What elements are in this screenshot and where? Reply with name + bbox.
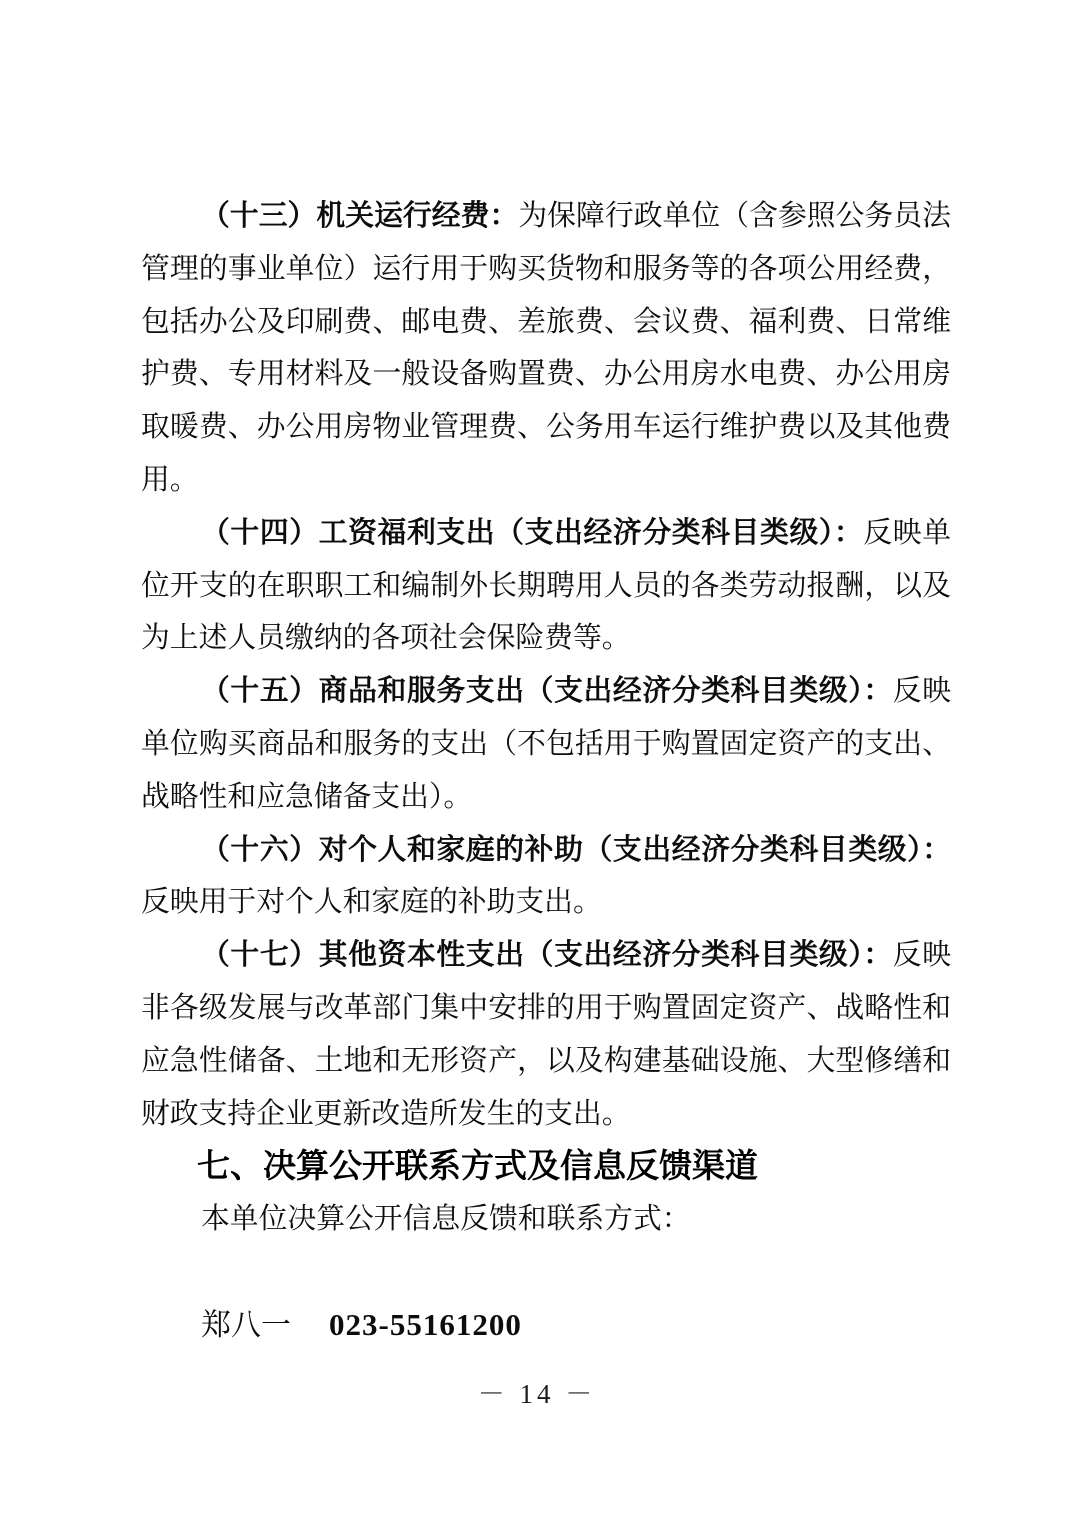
definition-paragraph: （十七）其他资本性支出（支出经济分类科目类级）：反映非各级发展与改革部门集中安排… [141, 929, 951, 1140]
paragraph-lead: （十六）对个人和家庭的补助（支出经济分类科目类级）： [201, 834, 951, 866]
page-content: （十三）机关运行经费：为保障行政单位（含参照公务员法管理的事业单位）运行用于购买… [141, 190, 951, 1353]
paragraph-lead: （十三）机关运行经费： [201, 200, 518, 232]
paragraph-body: 反映用于对个人和家庭的补助支出。 [141, 886, 602, 918]
document-page: （十三）机关运行经费：为保障行政单位（含参照公务员法管理的事业单位）运行用于购买… [0, 0, 1074, 1520]
contact-line: 郑八一023-55161200 [141, 1299, 951, 1353]
contact-intro: 本单位决算公开信息反馈和联系方式： [141, 1193, 951, 1246]
section-heading: 七、决算公开联系方式及信息反馈渠道 [141, 1140, 951, 1193]
paragraph-lead: （十五）商品和服务支出（支出经济分类科目类级）： [201, 675, 893, 707]
definition-paragraph: （十六）对个人和家庭的补助（支出经济分类科目类级）：反映用于对个人和家庭的补助支… [141, 824, 951, 930]
paragraph-lead: （十四）工资福利支出（支出经济分类科目类级）： [201, 517, 863, 549]
definition-paragraph: （十五）商品和服务支出（支出经济分类科目类级）：反映单位购买商品和服务的支出（不… [141, 665, 951, 823]
definition-paragraph: （十三）机关运行经费：为保障行政单位（含参照公务员法管理的事业单位）运行用于购买… [141, 190, 951, 507]
paragraph-lead: （十七）其他资本性支出（支出经济分类科目类级）： [201, 939, 893, 971]
page-number: － 14 － [0, 1372, 1074, 1411]
paragraph-body: 为保障行政单位（含参照公务员法管理的事业单位）运行用于购买货物和服务等的各项公用… [141, 200, 951, 496]
contact-name: 郑八一 [201, 1309, 291, 1342]
definition-paragraph: （十四）工资福利支出（支出经济分类科目类级）：反映单位开支的在职职工和编制外长期… [141, 507, 951, 665]
blank-line [141, 1246, 951, 1299]
contact-phone: 023-55161200 [329, 1307, 522, 1342]
definitions-section: （十三）机关运行经费：为保障行政单位（含参照公务员法管理的事业单位）运行用于购买… [141, 190, 951, 1140]
